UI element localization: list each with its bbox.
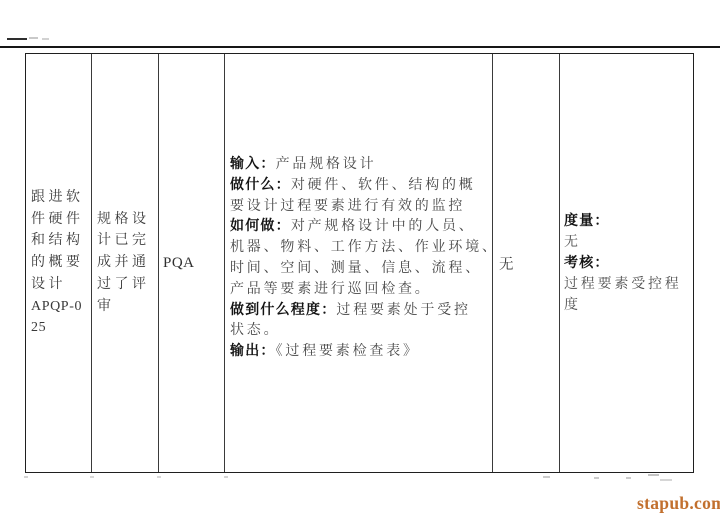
cell-task: 跟进软件硬件和结构的概要设计APQP-025 <box>26 54 92 472</box>
entry-criteria-text: 规格设计已完成并通过了评审 <box>92 209 158 318</box>
cell-tools: 无 <box>493 54 560 472</box>
text-line: 成并通 <box>92 252 158 274</box>
text-line: 和结构 <box>26 230 91 252</box>
text-line: 过程要素受控程 <box>564 274 689 295</box>
activity-text: 输入：产品规格设计做什么：对硬件、软件、结构的概要设计过程要素进行有效的监控如何… <box>230 155 487 363</box>
artifact-speck <box>90 476 94 478</box>
task-text: 跟进软件硬件和结构的概要设计APQP-025 <box>26 187 91 339</box>
text-line: 度 <box>564 295 689 316</box>
text-line: APQP-0 <box>26 296 91 318</box>
cell-entry-criteria: 规格设计已完成并通过了评审 <box>92 54 159 472</box>
text-line: 考核： <box>564 253 689 274</box>
process-definition-table: 跟进软件硬件和结构的概要设计APQP-025 规格设计已完成并通过了评审 PQA… <box>25 53 694 473</box>
text-line: 过了评 <box>92 274 158 296</box>
text-line: 状态。 <box>230 321 487 342</box>
artifact-speck <box>626 477 631 479</box>
text-line: 设计 <box>26 274 91 296</box>
text-line: 做什么：对硬件、软件、结构的概 <box>230 176 487 197</box>
text-line: 机器、物料、工作方法、作业环境、 <box>230 238 487 259</box>
text-line: 时间、空间、测量、信息、流程、 <box>230 259 487 280</box>
text-line: 计已完 <box>92 230 158 252</box>
text-line: 如何做：对产规格设计中的人员、 <box>230 217 487 238</box>
top-left-faint-mark <box>29 37 38 39</box>
artifact-speck <box>660 479 672 481</box>
top-left-faint-mark <box>42 38 49 40</box>
text-line: 件硬件 <box>26 209 91 231</box>
text-line: 25 <box>26 317 91 339</box>
text-line: 审 <box>92 296 158 318</box>
artifact-speck <box>648 474 659 476</box>
site-watermark: stapub.com <box>637 493 720 514</box>
tools-value: 无 <box>493 253 559 274</box>
text-line: 产品等要素进行巡回检查。 <box>230 280 487 301</box>
artifact-speck <box>594 477 599 479</box>
top-left-dash-mark <box>7 38 27 40</box>
text-line: 做到什么程度：过程要素处于受控 <box>230 301 487 322</box>
cell-role: PQA <box>159 54 225 472</box>
metrics-text: 度量：无考核：过程要素受控程度 <box>564 211 689 316</box>
text-line: 输入：产品规格设计 <box>230 155 487 176</box>
text-line: 跟进软 <box>26 187 91 209</box>
cell-metrics: 度量：无考核：过程要素受控程度 <box>560 54 693 472</box>
horizontal-rule <box>0 46 720 48</box>
text-line: 度量： <box>564 211 689 232</box>
artifact-speck <box>24 476 28 478</box>
text-line: 输出：《过程要素检查表》 <box>230 342 487 363</box>
artifact-speck <box>157 476 161 478</box>
text-line: 的概要 <box>26 252 91 274</box>
text-line: 无 <box>564 232 689 253</box>
role-label: PQA <box>159 255 224 272</box>
artifact-speck <box>224 476 228 478</box>
cell-activity: 输入：产品规格设计做什么：对硬件、软件、结构的概要设计过程要素进行有效的监控如何… <box>225 54 493 472</box>
text-line: 规格设 <box>92 209 158 231</box>
artifact-speck <box>543 476 550 478</box>
text-line: 要设计过程要素进行有效的监控 <box>230 197 487 218</box>
document-page: 跟进软件硬件和结构的概要设计APQP-025 规格设计已完成并通过了评审 PQA… <box>0 0 720 521</box>
